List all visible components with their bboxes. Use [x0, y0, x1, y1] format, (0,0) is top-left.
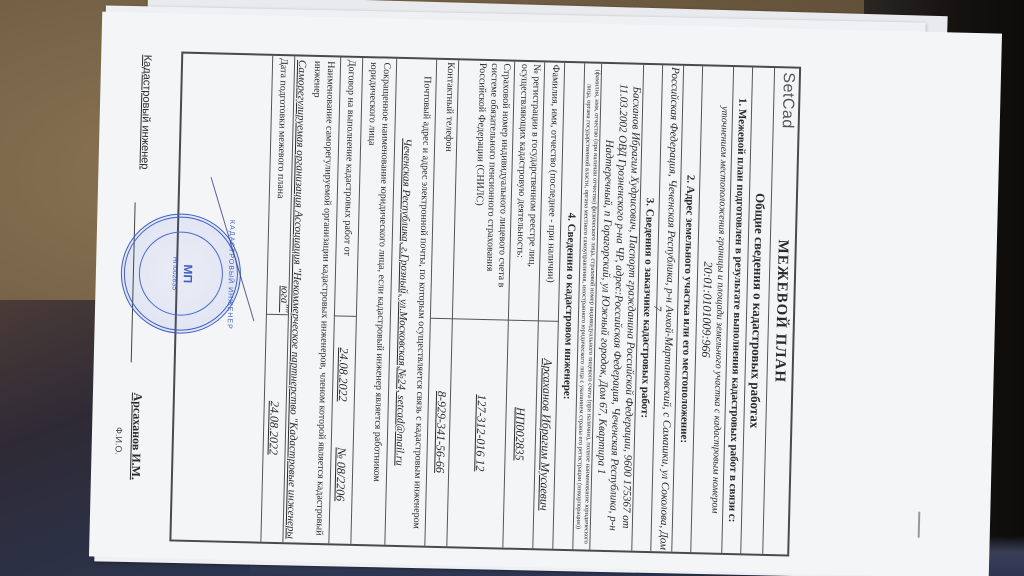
document-photo: SetCad МЕЖЕВОЙ ПЛАН Общие сведения о кад…: [88, 11, 1001, 576]
fio-caption: Ф.И.О.: [113, 427, 124, 455]
staple-mark: [917, 511, 920, 537]
registry-number-value: НП002835: [509, 323, 529, 543]
stamp-sub-text: НП002835: [167, 256, 181, 290]
signature-role-label: Кадастровый инженер: [138, 54, 153, 169]
engineer-signature-name: Арсаханов И.М.: [127, 392, 144, 480]
section-3: 3. Сведения о заказчике кадастровых рабо…: [573, 63, 663, 551]
contract-label: Договор на выполнение кадастровых работ …: [338, 59, 356, 314]
stamp-center-text: МП: [180, 256, 194, 290]
document-page: SetCad МЕЖЕВОЙ ПЛАН Общие сведения о кад…: [88, 11, 1001, 576]
contract-number: № 08/2206: [332, 447, 348, 501]
engineer-table: Фамилия, имя, отчество (последнее - при …: [425, 59, 565, 548]
registry-number-label: № регистрации в государственном реестре …: [511, 63, 541, 319]
snils-label: Страховой номер индивидуального лицевого…: [469, 62, 511, 318]
snils-value: 127-312-016 12: [470, 322, 490, 542]
contract-date: 24.08.2022: [334, 347, 350, 401]
